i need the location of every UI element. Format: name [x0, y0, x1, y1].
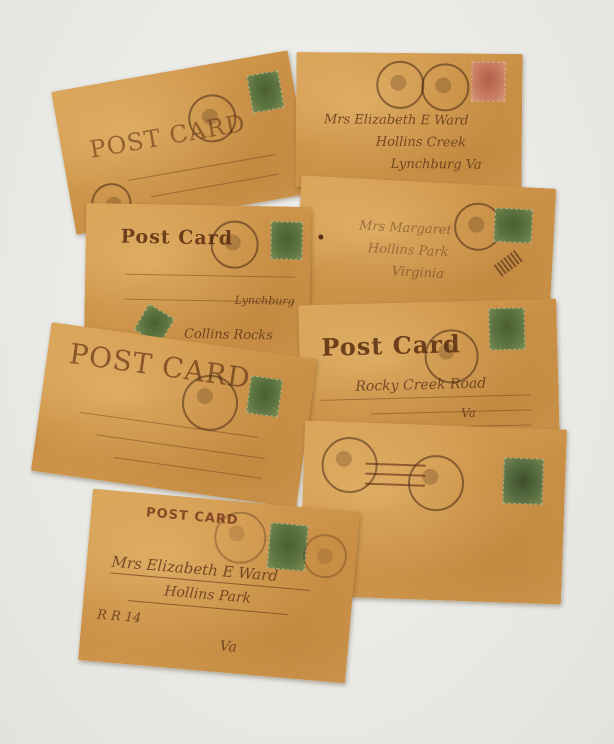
postage-stamp — [246, 375, 283, 417]
address-line — [128, 154, 276, 181]
handwritten-address: Mrs Elizabeth E Ward — [324, 112, 469, 128]
postmark — [407, 454, 465, 512]
postage-stamp — [267, 522, 309, 571]
handwritten-address: Lynchburg — [235, 294, 295, 308]
postmark — [210, 220, 259, 269]
handwritten-address: R R 14 — [96, 608, 142, 627]
handwritten-address: Hollins Creek — [376, 135, 466, 151]
postcard-4: Mrs Margaret Hollins Park Virginia — [295, 175, 556, 318]
postage-stamp — [270, 221, 303, 260]
postcard-photo: POST CARD Mrs Elizabeth E Ward Hollins C… — [0, 0, 614, 744]
address-line — [96, 434, 264, 459]
address-line — [371, 409, 531, 414]
postmark — [421, 63, 469, 111]
postage-stamp — [502, 457, 544, 504]
postage-stamp — [493, 208, 533, 244]
handwritten-address: Rocky Creek Road — [355, 376, 486, 395]
handwritten-address: Va — [461, 406, 476, 420]
handwritten-address: Collins Rocks — [184, 327, 273, 344]
handwritten-address: Mrs Margaret — [359, 219, 452, 239]
postage-stamp — [246, 70, 284, 113]
ink-spot — [318, 234, 323, 239]
postcard-2: Mrs Elizabeth E Ward Hollins Creek Lynch… — [295, 52, 522, 189]
postcard-8: POST CARD Mrs Elizabeth E Ward Hollins P… — [78, 489, 360, 684]
handwritten-address: Hollins Park — [164, 583, 252, 607]
postmark — [321, 436, 379, 494]
cancel-mark — [494, 250, 523, 277]
address-line — [151, 174, 279, 198]
address-line — [321, 394, 531, 400]
postage-stamp — [471, 62, 505, 102]
address-line — [125, 274, 295, 278]
handwritten-address: Va — [219, 638, 238, 655]
postmark — [301, 532, 349, 580]
handwritten-address: Virginia — [391, 264, 444, 282]
handwritten-address: Hollins Park — [367, 241, 449, 260]
address-line — [113, 457, 262, 479]
postmark — [376, 61, 424, 109]
postage-stamp — [488, 307, 525, 350]
handwritten-address: Lynchburg Va — [391, 157, 482, 173]
